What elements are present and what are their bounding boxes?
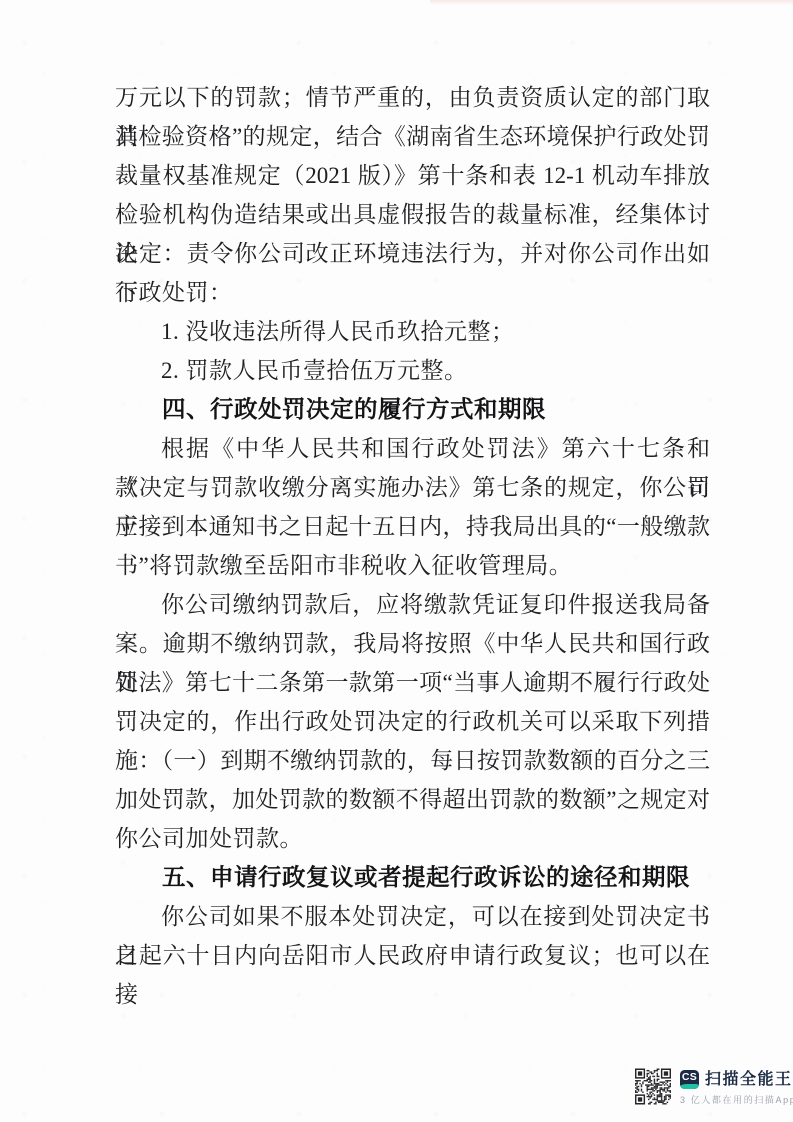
text-line: 于接到本通知书之日起十五日内，持我局出具的“一般缴款	[115, 507, 710, 546]
text-line: 裁量权基准规定（2021 版）》第十条和表 12-1 机动车排放	[115, 156, 710, 195]
text-line: 日起六十日内向岳阳市人民政府申请行政复议；也可以在接	[115, 936, 710, 975]
text-line: 四、行政处罚决定的履行方式和期限	[115, 390, 710, 429]
text-line: 加处罚款，加处罚款的数额不得超出罚款的数额”之规定对	[115, 780, 710, 819]
text-line: 行政处罚：	[115, 273, 710, 312]
text-line: 书”将罚款缴至岳阳市非税收入征收管理局。	[115, 546, 710, 585]
text-line: 万元以下的罚款；情节严重的，由负责资质认定的部门取消	[115, 78, 710, 117]
text-line: 根据《中华人民共和国行政处罚法》第六十七条和《罚	[115, 429, 710, 468]
text-line: 罚决定的，作出行政处罚决定的行政机关可以采取下列措	[115, 702, 710, 741]
camscanner-logo-icon: CS	[680, 1070, 699, 1089]
text-line: 案。逾期不缴纳罚款，我局将按照《中华人民共和国行政处	[115, 624, 710, 663]
document-body: 万元以下的罚款；情节严重的，由负责资质认定的部门取消其检验资格”的规定，结合《湖…	[115, 78, 710, 975]
text-line: 检验机构伪造结果或出具虚假报告的裁量标准，经集体讨论	[115, 195, 710, 234]
watermark-tagline: 3 亿人都在用的扫描App	[680, 1093, 793, 1106]
text-line: 2. 罚款人民币壹拾伍万元整。	[115, 351, 710, 390]
scanned-document-page: 万元以下的罚款；情节严重的，由负责资质认定的部门取消其检验资格”的规定，结合《湖…	[0, 0, 793, 1122]
text-line: 你公司缴纳罚款后，应将缴款凭证复印件报送我局备	[115, 585, 710, 624]
camscanner-logo-letters: CS	[680, 1071, 699, 1083]
text-line: 你公司如果不服本处罚决定，可以在接到处罚决定书之	[115, 897, 710, 936]
watermark-brand-block: CS 扫描全能王 3 亿人都在用的扫描App	[680, 1070, 793, 1106]
scan-edge-artifact	[430, 0, 793, 5]
text-line: 决定：责令你公司改正环境违法行为，并对你公司作出如下	[115, 234, 710, 273]
text-line: 施：（一）到期不缴纳罚款的，每日按罚款数额的百分之三	[115, 741, 710, 780]
qr-code-icon	[635, 1068, 671, 1105]
text-line: 五、申请行政复议或者提起行政诉讼的途径和期限	[115, 858, 710, 897]
text-line: 其检验资格”的规定，结合《湖南省生态环境保护行政处罚	[115, 117, 710, 156]
text-line: 罚法》第七十二条第一款第一项“当事人逾期不履行行政处	[115, 663, 710, 702]
text-line: 1. 没收违法所得人民币玖拾元整；	[115, 312, 710, 351]
camscanner-watermark: CS 扫描全能王 3 亿人都在用的扫描App	[634, 1064, 784, 1112]
text-line: 你公司加处罚款。	[115, 819, 710, 858]
watermark-app-name: 扫描全能王	[705, 1070, 793, 1089]
text-line: 款决定与罚款收缴分离实施办法》第七条的规定，你公司应	[115, 468, 710, 507]
